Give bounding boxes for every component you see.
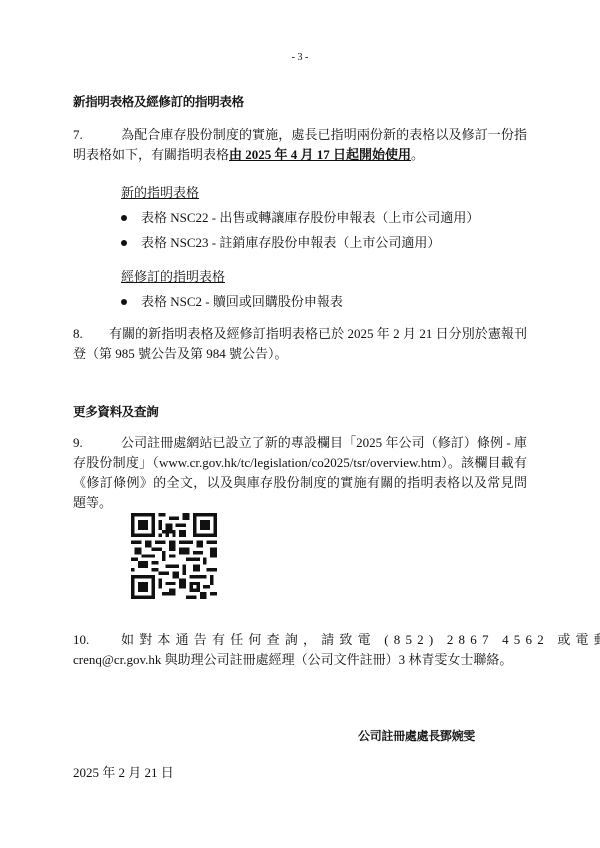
- list-item-text: 表格 NSC23 - 註銷庫存股份申報表（上市公司適用）: [141, 235, 440, 250]
- paragraph-number: 9.: [73, 433, 121, 453]
- paragraph-8: 8.有關的新指明表格及經修訂指明表格已於 2025 年 2 月 21 日分別於憲…: [73, 324, 527, 364]
- contact-email-text: crenq@cr.gov.hk 與助理公司註冊處經理（公司文件註冊）3 林青雯女…: [73, 650, 527, 670]
- document-date: 2025 年 2 月 21 日: [73, 762, 174, 781]
- section-heading-more-info: 更多資料及查詢: [73, 402, 158, 420]
- paragraph-text: 有關的新指明表格及經修訂指明表格已於 2025 年 2 月 21 日分別於憲報刊…: [73, 326, 527, 361]
- bullet-icon: [121, 215, 127, 221]
- paragraph-9: 9.公司註冊處網站已設立了新的專設欄目「2025 年公司（修訂）條例 - 庫存股…: [73, 433, 527, 513]
- list-item: 表格 NSC23 - 註銷庫存股份申報表（上市公司適用）: [121, 232, 440, 251]
- paragraph-number: 7.: [73, 125, 121, 145]
- paragraph-number: 10.: [73, 630, 121, 650]
- list-item-text: 表格 NSC2 - 贖回或回購股份申報表: [141, 294, 343, 309]
- page-number: - 3 -: [0, 52, 600, 63]
- effective-date-emphasis: 由 2025 年 4 月 17 日起開始使用: [229, 147, 411, 162]
- paragraph-text: 公司註冊處網站已設立了新的專設欄目「2025 年公司（修訂）條例 - 庫存股份制…: [73, 435, 527, 510]
- bullet-icon: [121, 299, 127, 305]
- contact-phone-text: 如對本通告有任何查詢，請致電 (852) 2867 4562 或電郵至: [121, 632, 600, 647]
- paragraph-7: 7.為配合庫存股份制度的實施，處長已指明兩份新的表格以及修訂一份指明表格如下，有…: [73, 125, 527, 165]
- signature: 公司註冊處處長鄧婉雯: [358, 727, 475, 744]
- new-forms-subheading: 新的指明表格: [121, 182, 199, 201]
- paragraph-text-end: 。: [411, 147, 424, 162]
- qr-code-icon[interactable]: [131, 512, 217, 600]
- paragraph-10: 10.如對本通告有任何查詢，請致電 (852) 2867 4562 或電郵至 c…: [73, 630, 527, 670]
- list-item-text: 表格 NSC22 - 出售或轉讓庫存股份申報表（上市公司適用）: [141, 210, 479, 225]
- list-item: 表格 NSC22 - 出售或轉讓庫存股份申報表（上市公司適用）: [121, 207, 479, 226]
- bullet-icon: [121, 240, 127, 246]
- section-heading-new-forms: 新指明表格及經修訂的指明表格: [73, 92, 244, 110]
- paragraph-number: 8.: [73, 324, 109, 344]
- list-item: 表格 NSC2 - 贖回或回購股份申報表: [121, 291, 343, 310]
- revised-forms-subheading: 經修訂的指明表格: [121, 266, 225, 285]
